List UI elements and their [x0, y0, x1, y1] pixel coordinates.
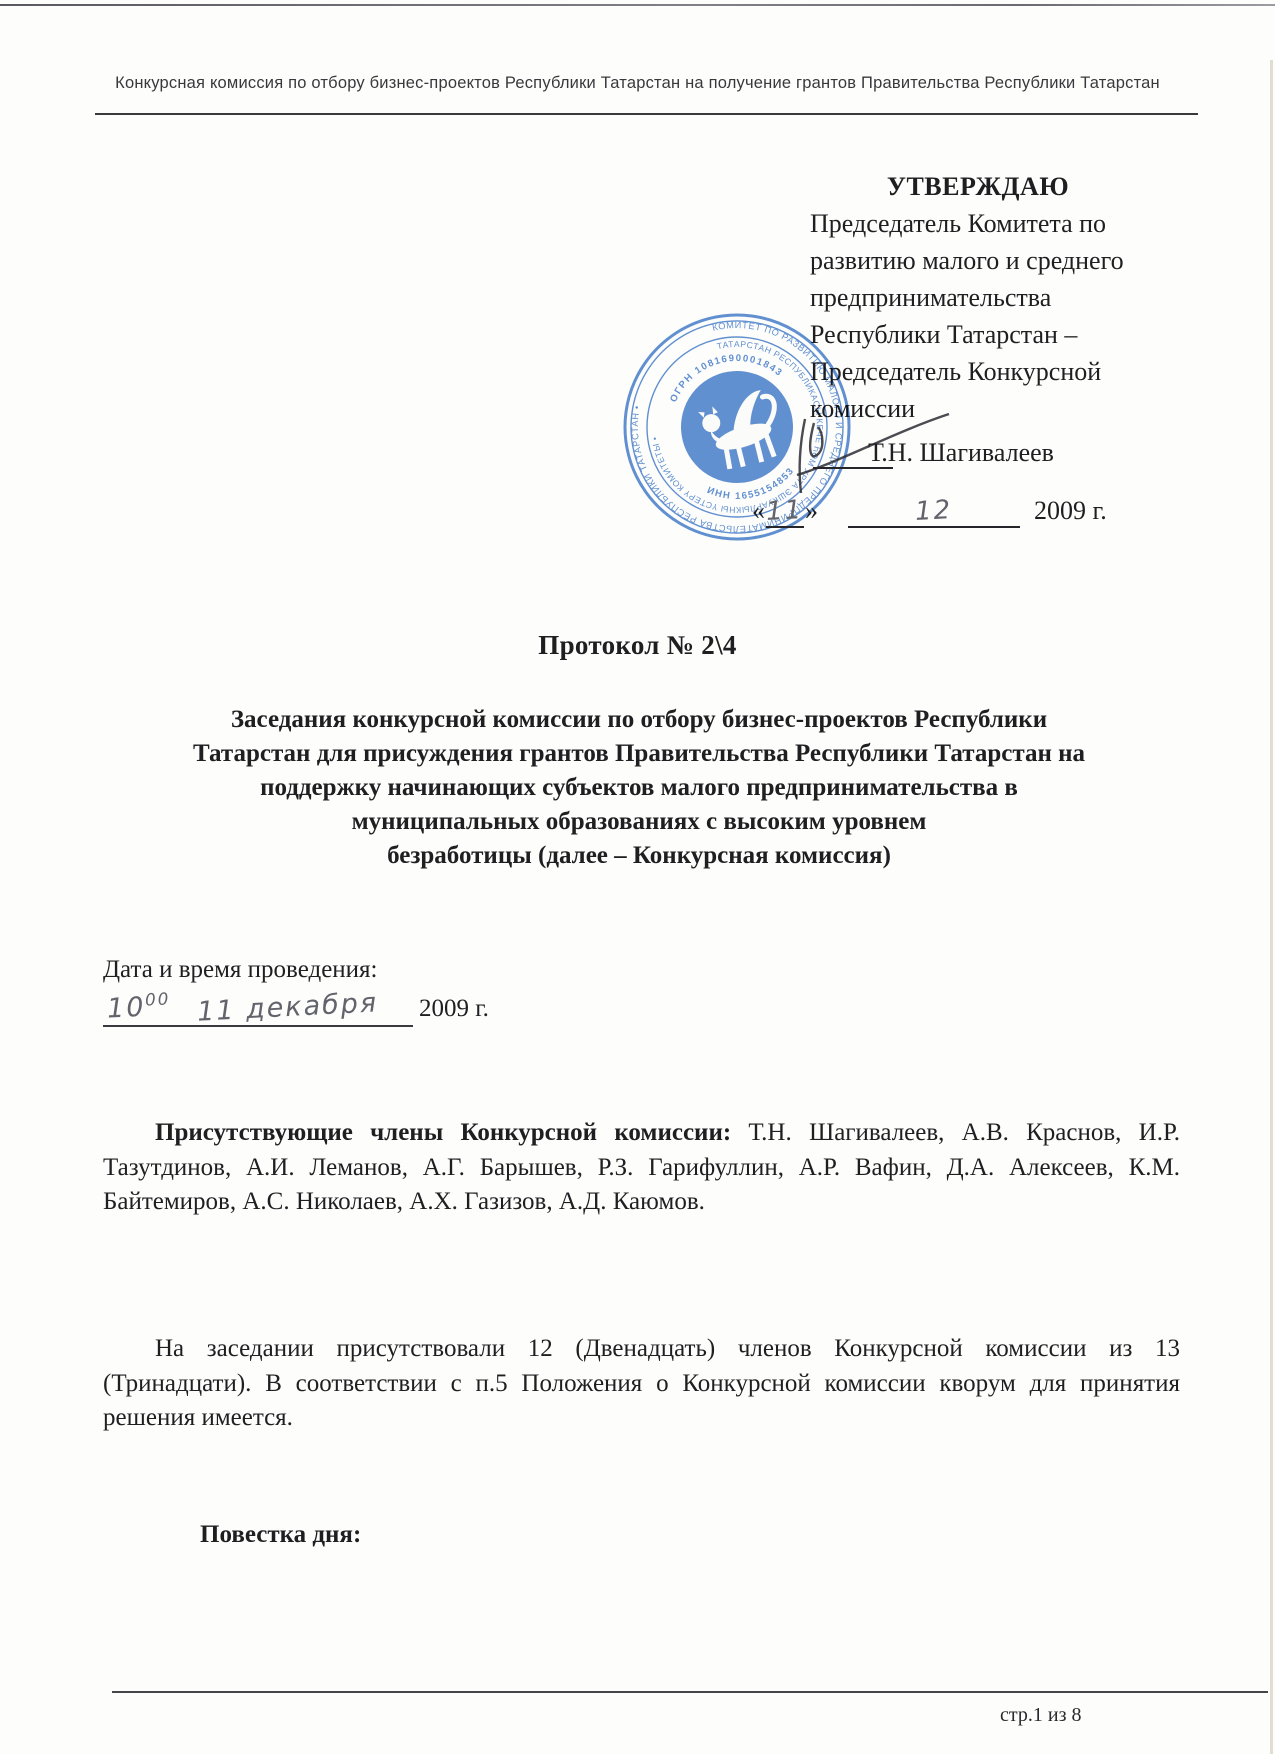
protocol-title: Протокол № 2\4	[0, 630, 1275, 661]
approval-block: УТВЕРЖДАЮ Председатель Комитета по разви…	[810, 168, 1176, 427]
attendees-paragraph: Присутствующие члены Конкурсной комиссии…	[103, 1116, 1180, 1220]
datetime-year: 2009 г.	[419, 995, 489, 1023]
datetime-label: Дата и время проведения:	[103, 956, 378, 984]
approval-date-line: «11»122009 г.	[752, 496, 1107, 528]
scanned-protocol-page: Конкурсная комиссия по отбору бизнес-про…	[0, 0, 1275, 1754]
approval-line-1: Председатель Комитета по	[810, 205, 1176, 242]
month-blank: 12	[848, 496, 1020, 528]
quorum-paragraph: На заседании присутствовали 12 (Двенадца…	[103, 1332, 1180, 1436]
close-quote: »	[805, 496, 818, 526]
scan-artifact-right-edge	[1270, 60, 1273, 1754]
winged-leopard-emblem-icon	[697, 388, 787, 474]
attendees-label: Присутствующие члены Конкурсной комиссии…	[155, 1119, 731, 1146]
approval-line-2: развитию малого и среднего	[810, 242, 1176, 279]
handwritten-datetime-blank: 1000 11 декабря	[103, 990, 413, 1027]
header-org-line: Конкурсная комиссия по отбору бизнес-про…	[0, 74, 1275, 93]
subject-line-4: муниципальных образованиях с высоким уро…	[100, 805, 1178, 839]
datetime-line: 1000 11 декабря 2009 г.	[103, 990, 489, 1027]
handwritten-date: 11 декабря	[196, 987, 378, 1027]
agenda-label: Повестка дня:	[200, 1521, 361, 1549]
open-quote: «	[752, 496, 765, 526]
footer-rule	[112, 1691, 1268, 1693]
approval-line-3: предпринимательства	[810, 279, 1176, 316]
handwritten-day: 11	[766, 495, 805, 527]
approval-year: 2009 г.	[1034, 496, 1107, 526]
handwritten-month: 12	[915, 495, 954, 527]
handwritten-time: 1000	[106, 988, 171, 1024]
page-number: стр.1 из 8	[1000, 1704, 1081, 1727]
header-rule	[95, 113, 1198, 115]
handwritten-time-superscript: 00	[144, 988, 170, 1009]
approval-heading: УТВЕРЖДАЮ	[810, 168, 1176, 205]
approval-line-5: Председатель Конкурсной	[810, 353, 1176, 390]
subject-line-2: Татарстан для присуждения грантов Правит…	[100, 737, 1178, 771]
subject-paragraph: Заседания конкурсной комиссии по отбору …	[100, 703, 1178, 873]
approval-line-4: Республики Татарстан –	[810, 316, 1176, 353]
stamp-ogrn-text: ОГРН 1081690001843	[661, 341, 787, 407]
subject-line-5: безработицы (далее – Конкурсная комиссия…	[100, 839, 1178, 873]
day-blank: 11	[766, 496, 804, 528]
signatory-name: Т.Н. Шагивалеев	[868, 438, 1054, 468]
subject-line-3: поддержку начинающих субъектов малого пр…	[100, 771, 1178, 805]
scan-artifact-top-line	[0, 4, 1275, 6]
subject-line-1: Заседания конкурсной комиссии по отбору …	[100, 703, 1178, 737]
